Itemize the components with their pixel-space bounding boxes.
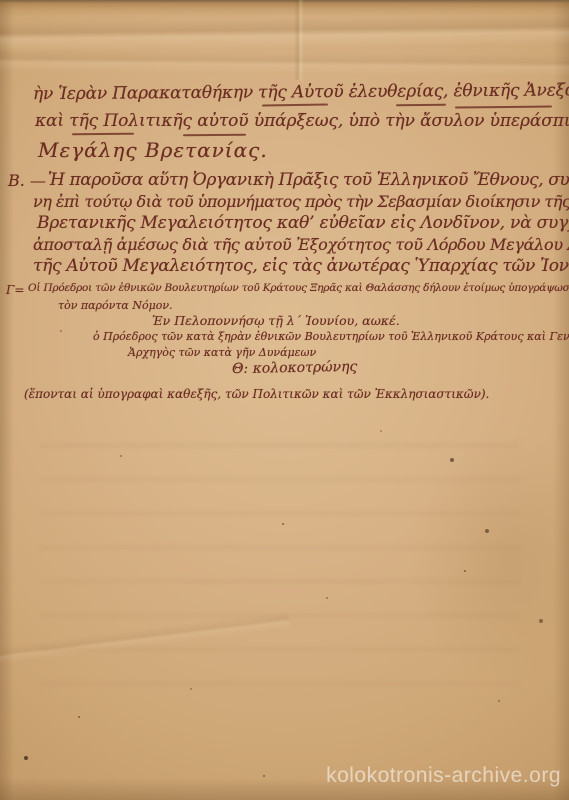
paragraph-marker-beta: Β. — xyxy=(8,171,46,190)
ink-underline xyxy=(455,105,552,108)
foxing-specks xyxy=(0,0,2,2)
paper-top-edge xyxy=(0,0,569,16)
manuscript-page: ὴν Ἱερὰν Παρακαταθήκην τῆς Αὐτοῦ ἐλευθερ… xyxy=(0,0,569,800)
paper-crease xyxy=(294,0,304,80)
manuscript-line: Μεγάλης Βρετανίας. xyxy=(38,138,268,162)
manuscript-line: ὴν Ἱερὰν Παρακαταθήκην τῆς Αὐτοῦ ἐλευθερ… xyxy=(33,80,569,104)
manuscript-line: καὶ τῆς Πολιτικῆς αὐτοῦ ὑπάρξεως, ὑπὸ τὴ… xyxy=(35,111,569,131)
verso-showthrough xyxy=(40,430,520,690)
archive-watermark: kolokotronis-archive.org xyxy=(326,764,561,788)
ink-underline xyxy=(396,104,446,106)
manuscript-line: τὸν παρόντα Νόμον. xyxy=(58,299,173,312)
paper-left-edge xyxy=(0,0,14,800)
dateline: Ἐν Πελοποννήσῳ τῇ λ΄ Ἰουνίου, αωκέ. xyxy=(152,313,400,328)
ink-underline xyxy=(72,133,134,135)
manuscript-line: τῆς Αὐτοῦ Μεγαλειότητος, εἰς τὰς ἀνωτέρα… xyxy=(33,256,569,276)
ink-underline xyxy=(262,104,328,107)
manuscript-line: Οἱ Πρόεδροι τῶν ἐθνικῶν Βουλευτηρίων τοῦ… xyxy=(28,282,569,294)
paper-crease xyxy=(0,49,569,76)
manuscript-line: Ἡ παροῦσα αὕτη Ὀργανικὴ Πρᾶξις τοῦ Ἑλλην… xyxy=(48,170,569,190)
ink-underline xyxy=(183,134,246,136)
signatory-title: ὁ Πρόεδρος τῶν κατὰ ξηρὰν ἐθνικῶν Βουλευ… xyxy=(93,330,569,343)
signatory-title: Ἀρχηγὸς τῶν κατὰ γῆν Δυνάμεων xyxy=(128,346,316,359)
manuscript-line: νη ἐπὶ τούτῳ διὰ τοῦ ὑπομνήματος πρὸς τὴ… xyxy=(33,192,569,211)
postscript-note: (ἕπονται αἱ ὑπογραφαὶ καθεξῆς, τῶν Πολιτ… xyxy=(24,387,489,401)
manuscript-line: Βρετανικῆς Μεγαλειότητος καθ’ εὐθεῖαν εἰ… xyxy=(37,213,569,233)
paper-crease xyxy=(0,14,569,52)
signature-kolokotronis: Θ: κολοκοτρώνης xyxy=(232,359,358,377)
paragraph-marker-gamma: Γ= xyxy=(6,283,24,297)
manuscript-line: ἀποσταλῇ ἀμέσως διὰ τῆς αὐτοῦ Ἐξοχότητος… xyxy=(33,235,569,254)
